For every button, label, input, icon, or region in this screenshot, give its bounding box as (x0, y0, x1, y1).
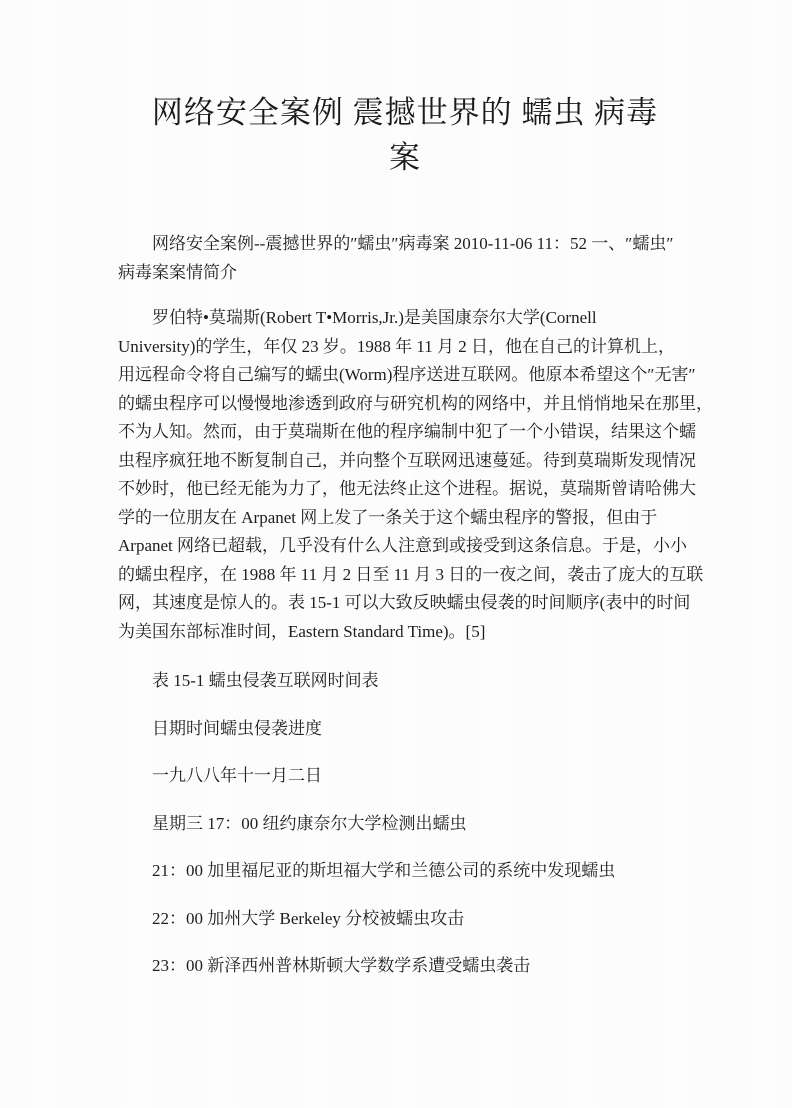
table-entry: 23：00 新泽西州普林斯顿大学数学系遭受蠕虫袭击 (118, 952, 692, 981)
table-entry: 星期三 17：00 纽约康奈尔大学检测出蠕虫 (118, 810, 692, 839)
document-title: 网络安全案例 震撼世界的 蠕虫 病毒 案 (118, 0, 692, 180)
text-line: 用远程命令将自己编写的蠕虫(Worm)程序送进互联网。他原本希望这个″无害″ (118, 361, 692, 390)
table-header: 日期时间蠕虫侵袭进度 (118, 715, 692, 744)
table-date-line: 一九八八年十一月二日 (118, 762, 692, 791)
document-page: 网络安全案例 震撼世界的 蠕虫 病毒 案 网络安全案例--震撼世界的″蠕虫″病毒… (0, 0, 792, 1108)
intro-paragraph: 网络安全案例--震撼世界的″蠕虫″病毒案 2010-11-06 11：52 一、… (118, 230, 692, 287)
text-line: 网络安全案例--震撼世界的″蠕虫″病毒案 2010-11-06 11：52 一、… (118, 230, 692, 259)
text-line: 不妙时，他已经无能为力了，他无法终止这个进程。据说，莫瑞斯曾请哈佛大 (118, 475, 692, 504)
text-line: 网，其速度是惊人的。表 15-1 可以大致反映蠕虫侵袭的时间顺序(表中的时间 (118, 589, 692, 618)
text-line: 为美国东部标准时间，Eastern Standard Time)。[5] (118, 618, 692, 647)
text-line: 学的一位朋友在 Arpanet 网上发了一条关于这个蠕虫程序的警报，但由于 (118, 504, 692, 533)
text-line: 罗伯特•莫瑞斯(Robert T•Morris,Jr.)是美国康奈尔大学(Cor… (118, 304, 692, 333)
title-line-1: 网络安全案例 震撼世界的 蠕虫 病毒 (152, 95, 658, 130)
body-paragraph: 罗伯特•莫瑞斯(Robert T•Morris,Jr.)是美国康奈尔大学(Cor… (118, 304, 692, 646)
text-line: 的蠕虫程序，在 1988 年 11 月 2 日至 11 月 3 日的一夜之间，袭… (118, 561, 692, 590)
text-line: 虫程序疯狂地不断复制自己，并向整个互联网迅速蔓延。待到莫瑞斯发现情况 (118, 447, 692, 476)
timeline-section: 表 15-1 蠕虫侵袭互联网时间表 日期时间蠕虫侵袭进度 一九八八年十一月二日 … (118, 667, 692, 981)
table-entry: 21：00 加里福尼亚的斯坦福大学和兰德公司的系统中发现蠕虫 (118, 857, 692, 886)
table-entry: 22：00 加州大学 Berkeley 分校被蠕虫攻击 (118, 905, 692, 934)
text-line: 的蠕虫程序可以慢慢地渗透到政府与研究机构的网络中，并且悄悄地呆在那里， (118, 390, 692, 419)
document-content: 网络安全案例 震撼世界的 蠕虫 病毒 案 网络安全案例--震撼世界的″蠕虫″病毒… (0, 0, 792, 981)
table-caption: 表 15-1 蠕虫侵袭互联网时间表 (118, 667, 692, 696)
text-line: 不为人知。然而，由于莫瑞斯在他的程序编制中犯了一个小错误，结果这个蠕 (118, 418, 692, 447)
title-line-2: 案 (389, 140, 421, 175)
text-line: Arpanet 网络已超载，几乎没有什么人注意到或接受到这条信息。于是，小小 (118, 532, 692, 561)
text-line: University)的学生，年仅 23 岁。1988 年 11 月 2 日，他… (118, 333, 692, 362)
text-line: 病毒案案情简介 (118, 259, 692, 288)
